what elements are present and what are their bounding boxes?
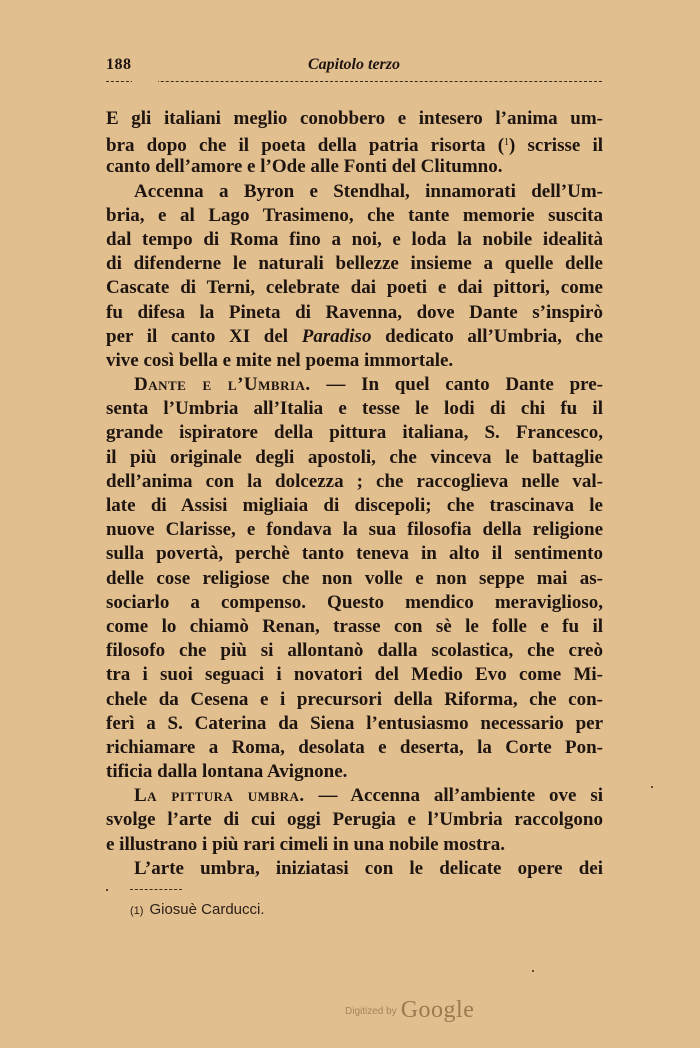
text-line: grande ispiratore della pittura italiana… xyxy=(106,421,603,445)
footnote: (1)Giosuè Carducci. xyxy=(130,901,265,918)
paragraph-start: Accenna a Byron e Stendhal, innamorati d… xyxy=(106,180,603,204)
text-line: delle cose religiose che non volle e non… xyxy=(106,567,603,591)
running-head: Capitolo terzo xyxy=(106,56,602,74)
text-line: svolge l’arte di cui oggi Perugia e l’Um… xyxy=(106,808,603,832)
text-line: E gli italiani meglio conobbero e intese… xyxy=(106,107,603,131)
text-line: Cascate di Terni, celebrate dai poeti e … xyxy=(106,276,603,300)
paragraph-start: Dante e l’Umbria. — In quel canto Dante … xyxy=(106,373,603,397)
italic-title: Paradiso xyxy=(302,326,372,347)
text-line: sulla povertà, perchè tanto teneva in al… xyxy=(106,542,603,566)
paper-speck xyxy=(651,786,653,788)
text-line: come lo chiamò Renan, trasse con sè le f… xyxy=(106,615,603,639)
text-line: il più originale degli apostoli, che vin… xyxy=(106,446,603,470)
text-line: richiamare a Roma, desolata e deserta, l… xyxy=(106,736,603,760)
header-rule-gap xyxy=(132,79,158,84)
text-line: ferì a S. Caterina da Siena l’entusiasmo… xyxy=(106,712,603,736)
text-line: senta l’Umbria all’Italia e tesse le lod… xyxy=(106,397,603,421)
header-rule xyxy=(106,81,602,82)
page-header: 188 Capitolo terzo xyxy=(106,56,602,80)
text-line: dal tempo di Roma fino a noi, e loda la … xyxy=(106,228,603,252)
google-logo: Google xyxy=(401,997,475,1023)
text-line: per il canto XI del Paradiso dedicato al… xyxy=(106,325,603,349)
text-line: vive così bella e mite nel poema immorta… xyxy=(106,349,603,373)
text-line: fu difesa la Pineta di Ravenna, dove Dan… xyxy=(106,301,603,325)
paragraph-start: L’arte umbra, iniziatasi con le delicate… xyxy=(106,857,603,881)
text-line: canto dell’amore e l’Ode alle Fonti del … xyxy=(106,155,603,179)
text-line: bria, e al Lago Trasimeno, che tante mem… xyxy=(106,204,603,228)
text-line: bra dopo che il poeta della patria risor… xyxy=(106,131,603,155)
body-text: E gli italiani meglio conobbero e intese… xyxy=(106,107,603,881)
text-line: dell’anima con la dolcezza ; che raccogl… xyxy=(106,470,603,494)
paper-speck xyxy=(106,889,108,891)
text-line: chele da Cesena e i precursori della Rif… xyxy=(106,688,603,712)
text-line: di difenderne le naturali bellezze insie… xyxy=(106,252,603,276)
footnote-mark: (1) xyxy=(130,905,143,917)
footnote-rule xyxy=(130,889,182,890)
text-line: nuove Clarisse, e fondava la sua filosof… xyxy=(106,518,603,542)
text-line: filosofo che più si allontanò dalla scol… xyxy=(106,639,603,663)
watermark-prefix: Digitized by xyxy=(345,1006,397,1017)
text-line: tra i suoi seguaci i novatori del Medio … xyxy=(106,663,603,687)
text-line: tificia dalla lontana Avignone. xyxy=(106,760,603,784)
text-line: late di Assisi migliaia di discepoli; ch… xyxy=(106,494,603,518)
section-heading: Dante e l’Umbria. xyxy=(134,374,311,395)
section-heading: La pittura umbra. xyxy=(134,785,305,806)
digitized-watermark: Digitized by Google xyxy=(345,997,474,1024)
footnote-text: Giosuè Carducci. xyxy=(149,901,264,918)
text-line: sociarlo a compenso. Questo mendico mera… xyxy=(106,591,603,615)
paragraph-start: La pittura umbra. — Accenna all’ambiente… xyxy=(106,784,603,808)
text-line: e illustrano i più rari cimeli in una no… xyxy=(106,833,603,857)
paper-speck xyxy=(532,970,534,972)
